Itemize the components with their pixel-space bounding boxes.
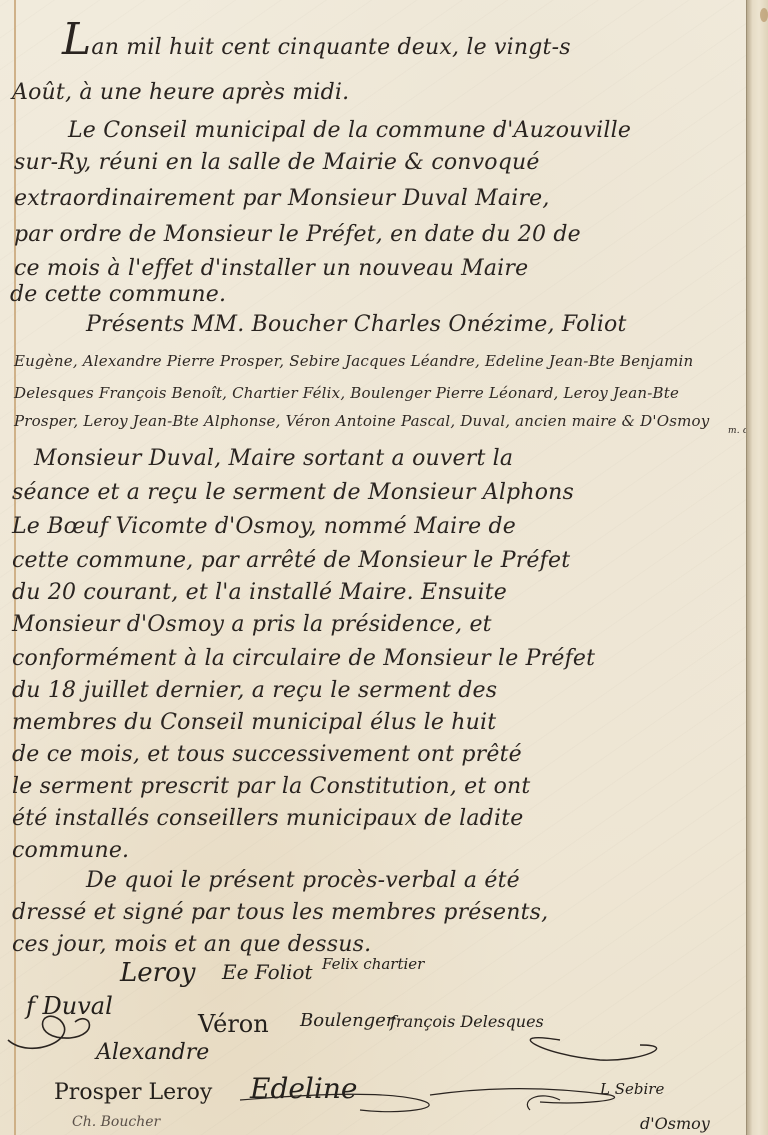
paragraph-3-line: De quoi le présent procès-verbal a été [86, 868, 520, 893]
paragraph-2-line: séance et a reçu le serment de Monsieur … [12, 480, 574, 505]
signature-dosmoy: d'Osmoy [640, 1114, 710, 1133]
paragraph-2-line: Le Bœuf Vicomte d'Osmoy, nommé Maire de [12, 514, 516, 539]
signature-duval: f Duval [26, 992, 113, 1020]
manuscript-page: Lan mil huit cent cinquante deux, le vin… [0, 0, 746, 1135]
paragraph-2-line: Monsieur d'Osmoy a pris la présidence, e… [12, 612, 492, 637]
paragraph-2-line: commune. [12, 838, 129, 863]
paragraph-2-line: Monsieur Duval, Maire sortant a ouvert l… [34, 446, 513, 471]
present-heading: Présents MM. Boucher Charles Onézime, Fo… [86, 312, 627, 337]
present-names-line: Prosper, Leroy Jean-Bte Alphonse, Véron … [14, 412, 709, 430]
paragraph-1-line: de cette commune. [10, 282, 226, 307]
present-names-line: Eugène, Alexandre Pierre Prosper, Sebire… [14, 352, 693, 370]
opening-text: an mil huit cent cinquante deux, le ving… [91, 35, 570, 60]
signature-boucher: Ch. Boucher [72, 1114, 160, 1130]
paragraph-2-line: membres du Conseil municipal élus le hui… [12, 710, 496, 735]
paragraph-3-line: dressé et signé par tous les membres pré… [12, 900, 548, 925]
signature-delesques: françois Delesques [390, 1012, 544, 1031]
paragraph-2-line: du 18 juillet dernier, a reçu le serment… [12, 678, 497, 703]
paper-stain [760, 8, 768, 22]
signature-veron: Véron [198, 1010, 269, 1038]
paragraph-2-line: conformément à la circulaire de Monsieur… [12, 646, 595, 671]
signature-chartier: Felix chartier [322, 955, 424, 973]
decorative-initial: L [62, 14, 91, 65]
paragraph-1-line: extraordinairement par Monsieur Duval Ma… [14, 186, 550, 211]
signature-leroy: Leroy [120, 958, 195, 988]
signature-boulenger: Boulenger [300, 1010, 394, 1031]
paragraph-2-line: le serment prescrit par la Constitution,… [12, 774, 530, 799]
opening-line-1: Lan mil huit cent cinquante deux, le vin… [62, 18, 571, 62]
present-names-line: Delesques François Benoît, Chartier Féli… [14, 384, 679, 402]
signature-edeline: Edeline [250, 1072, 357, 1105]
paragraph-1-line: sur-Ry, réuni en la salle de Mairie & co… [14, 150, 540, 175]
paragraph-3-line: ces jour, mois et an que dessus. [12, 932, 371, 957]
paragraph-2-line: été installés conseillers municipaux de … [12, 806, 523, 831]
signature-prosper-leroy: Prosper Leroy [54, 1080, 212, 1105]
paragraph-1-line: par ordre de Monsieur le Préfet, en date… [14, 222, 581, 247]
signature-foliot: Ee Foliot [222, 960, 313, 984]
signature-alexandre: Alexandre [96, 1040, 209, 1065]
paragraph-2-line: du 20 courant, et l'a installé Maire. En… [12, 580, 507, 605]
paragraph-2-line: cette commune, par arrêté de Monsieur le… [12, 548, 570, 573]
paragraph-2-line: de ce mois, et tous successivement ont p… [12, 742, 522, 767]
page-fold [746, 0, 768, 1135]
opening-line-2: Août, à une heure après midi. [12, 80, 349, 105]
paragraph-1-line: Le Conseil municipal de la commune d'Auz… [68, 118, 631, 143]
signature-sebire: L Sebire [600, 1080, 664, 1098]
paragraph-1-line: ce mois à l'effet d'installer un nouveau… [14, 256, 528, 281]
